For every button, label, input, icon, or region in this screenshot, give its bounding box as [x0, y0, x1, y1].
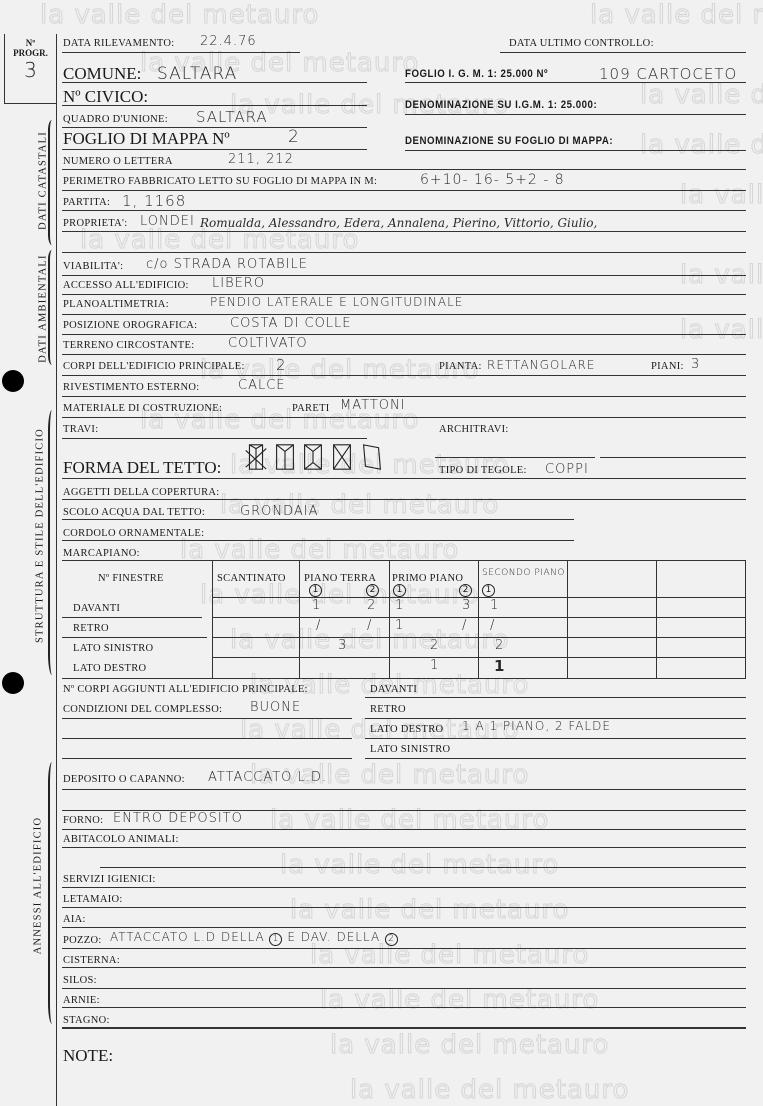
pianta-value[interactable]: RETTANGOLARE	[487, 358, 595, 372]
rule	[62, 718, 352, 719]
piani-label: PIANI:	[651, 361, 684, 372]
rule	[62, 354, 746, 355]
rule	[62, 375, 746, 376]
note-field[interactable]	[62, 1068, 746, 1104]
data-rilevamento-label: DATA RILEVAMENTO:	[63, 38, 175, 49]
rule	[62, 149, 367, 150]
stagno-label: STAGNO:	[63, 1015, 110, 1026]
watermark: la valle del metauro	[680, 180, 763, 210]
quadro-label: QUADRO D'UNIONE:	[63, 114, 168, 125]
rule	[62, 637, 207, 638]
rule	[62, 847, 746, 848]
comune-label: COMUNE:	[63, 64, 141, 84]
scantinato-header: SCANTINATO	[217, 573, 286, 584]
deposito-value[interactable]: ATTACCATO L.D.	[208, 770, 327, 785]
rule	[62, 519, 574, 520]
cell-davanti-sp1[interactable]: 1	[490, 598, 499, 613]
pareti-value[interactable]: MATTONI	[340, 398, 406, 413]
aia-label: AIA:	[63, 914, 86, 925]
watermark: la valle del metauro	[290, 895, 569, 925]
piano-terra-corpo-2: 2	[366, 584, 379, 597]
quadro-value[interactable]: SALTARA	[196, 108, 268, 126]
rule	[62, 334, 746, 335]
abitacolo-label: ABITACOLO ANIMALI:	[63, 834, 179, 845]
rule	[212, 617, 746, 618]
data-ultimo-controllo-label: DATA ULTIMO CONTROLLO:	[509, 38, 654, 49]
rule	[62, 52, 300, 53]
section-brace	[48, 250, 56, 365]
cell-retro-pt2[interactable]: /	[367, 618, 372, 633]
roof-shape-padiglione-icon[interactable]	[302, 443, 324, 471]
forma-tetto-label: FORMA DEL TETTO:	[63, 458, 221, 478]
rule	[62, 967, 746, 968]
rule	[62, 417, 746, 418]
secondo-piano-header: SECONDO PIANO	[482, 568, 565, 578]
denominazione-igm-label: DENOMINAZIONE SU I.G.M. 1: 25.000:	[405, 99, 597, 111]
section-label-catastali: DATI CATASTALI	[38, 126, 49, 236]
rule	[299, 560, 300, 678]
tipo-tegole-label: TIPO DI TEGOLE:	[439, 465, 527, 476]
cisterna-label: CISTERNA:	[63, 955, 120, 966]
rule	[212, 597, 746, 598]
foglio-mappa-label: FOGLIO DI MAPPA Nº	[63, 129, 230, 149]
finestre-header: Nº FINESTRE	[98, 573, 164, 584]
rule	[62, 948, 746, 949]
piano-terra-header: PIANO TERRA	[304, 573, 376, 584]
pareti-label: PARETI	[292, 403, 330, 414]
roof-shape-padiglione-crossed-icon[interactable]	[243, 443, 269, 471]
row-retro-label: RETRO	[73, 623, 109, 634]
tipo-tegole-value[interactable]: COPPI	[545, 462, 589, 477]
planoaltimetria-value[interactable]: PENDIO LATERALE E LONGITUDINALE	[210, 295, 463, 309]
materiale-label: MATERIALE DI COSTRUZIONE:	[63, 403, 222, 414]
rule	[62, 127, 367, 128]
proprieta-surname[interactable]: LONDEI	[140, 214, 195, 229]
roof-shape-capanna-icon[interactable]	[274, 443, 296, 471]
viabilita-value[interactable]: c/o STRADA ROTABILE	[146, 257, 308, 272]
corpi-aggiunti-label: Nº CORPI AGGIUNTI ALL'EDIFICIO PRINCIPAL…	[63, 684, 308, 695]
pozzo-value-b: E DAV. DELLA	[287, 930, 380, 944]
numero-value[interactable]: 211, 212	[228, 152, 294, 167]
binding-hole	[2, 370, 24, 392]
rule	[62, 275, 746, 276]
section-brace	[48, 410, 56, 675]
rule	[212, 637, 746, 638]
rule	[62, 1027, 746, 1029]
primo-piano-corpo-2: 2	[459, 584, 472, 597]
pozzo-value[interactable]: ATTACCATO L.D DELLA 1 E DAV. DELLA 2	[110, 930, 398, 946]
rule	[62, 829, 746, 830]
accesso-label: ACCESSO ALL'EDIFICIO:	[63, 280, 189, 291]
foglio-mappa-value[interactable]: 2	[288, 127, 300, 147]
cell-davanti-pt1[interactable]: 1	[312, 598, 321, 613]
primo-piano-corpo-1: 1	[393, 584, 406, 597]
progr-label: Nº PROGR.	[11, 38, 51, 58]
watermark: la valle del metauro	[280, 850, 559, 880]
watermark: la valle del metauro	[330, 1030, 609, 1060]
aggetti-label: AGGETTI DELLA COPERTURA:	[63, 487, 219, 498]
cell-retro-sp1[interactable]: /	[490, 618, 495, 633]
condizioni-value[interactable]: BUONE	[250, 700, 301, 715]
row-davanti-label: DAVANTI	[73, 603, 120, 614]
rule	[62, 789, 746, 790]
piano-terra-corpo-1: 1	[309, 584, 322, 597]
rule	[62, 1007, 746, 1008]
rule	[62, 478, 746, 479]
rule	[405, 150, 746, 151]
pozzo-value-a: ATTACCATO L.D DELLA	[110, 930, 265, 944]
section-label-ambientali: DATI AMBIENTALI	[38, 254, 49, 364]
cell-retro-pp1[interactable]: 1	[395, 618, 404, 633]
partita-label: PARTITA:	[63, 197, 110, 208]
travi-label: TRAVI:	[63, 424, 98, 435]
watermark: la valle del metauro	[590, 0, 763, 30]
rule	[62, 190, 746, 191]
lato-destro-label: LATO DESTRO	[370, 724, 443, 735]
architravi-label: ARCHITRAVI:	[439, 424, 509, 435]
proprieta-label: PROPRIETA':	[63, 218, 127, 229]
watermark: la valle del metauro	[320, 985, 599, 1015]
corpi-label: CORPI DELL'EDIFICIO PRINCIPALE:	[63, 361, 245, 372]
rule	[62, 758, 352, 759]
primo-piano-header: PRIMO PIANO	[392, 573, 463, 584]
roof-shape-quattro-falde-icon[interactable]	[331, 443, 353, 471]
section-brace	[48, 120, 56, 245]
denominazione-mappa-label: DENOMINAZIONE SU FOGLIO DI MAPPA:	[405, 135, 613, 147]
section-label-annessi: ANNESSI ALL'EDIFICIO	[33, 816, 44, 956]
rule	[62, 210, 746, 211]
rule	[212, 560, 213, 678]
silos-label: SILOS:	[63, 975, 97, 986]
condizioni-label: CONDIZIONI DEL COMPLESSO:	[63, 704, 222, 715]
rule	[62, 438, 367, 439]
arnie-label: ARNIE:	[63, 995, 100, 1006]
row-lato-destro-label: LATO DESTRO	[73, 663, 146, 674]
cell-davanti-pp1[interactable]: 1	[395, 598, 404, 613]
marcapiano-label: MARCAPIANO:	[63, 548, 140, 559]
section-label-struttura: STRUTTURA E STILE DELL'EDIFICIO	[35, 416, 46, 656]
perimetro-label: PERIMETRO FABBRICATO LETTO SU FOGLIO DI …	[63, 176, 377, 187]
section-brace	[48, 762, 56, 1024]
scolo-label: SCOLO ACQUA DAL TETTO:	[63, 507, 205, 518]
rule	[745, 560, 746, 678]
cell-lato-sinistro-pt1[interactable]: 3	[338, 638, 347, 653]
rule	[62, 82, 367, 83]
viabilita-label: VIABILITA':	[63, 261, 123, 272]
rule	[62, 887, 746, 888]
cell-retro-pt1[interactable]: /	[316, 618, 321, 633]
letamaio-label: LETAMAIO:	[63, 894, 123, 905]
piani-value[interactable]: 3	[691, 357, 700, 372]
rule	[435, 457, 595, 458]
rule	[62, 738, 352, 739]
row-lato-sinistro-label: LATO SINISTRO	[73, 643, 153, 654]
planoaltimetria-label: PLANOALTIMETRIA:	[63, 299, 169, 310]
roof-shape-una-falda-icon[interactable]	[361, 443, 383, 471]
rule	[405, 114, 746, 115]
cell-lato-sinistro-pp1[interactable]: 2	[430, 638, 439, 653]
lato-destro-value[interactable]: 1 A 1 PIANO, 2 FALDE	[462, 719, 611, 733]
rule	[62, 988, 746, 989]
pozzo-label: POZZO:	[63, 935, 102, 946]
rule	[600, 457, 746, 458]
rule	[62, 499, 746, 500]
foglio-igm-value[interactable]: 109 CARTOCETO	[599, 65, 737, 83]
rule	[62, 231, 746, 232]
terreno-value[interactable]: COLTIVATO	[228, 336, 308, 351]
rule	[656, 560, 657, 678]
rule	[389, 560, 390, 678]
note-label: NOTE:	[63, 1046, 113, 1066]
watermark: la valle del metauro	[200, 580, 479, 610]
rule	[500, 52, 746, 53]
posizione-value[interactable]: COSTA DI COLLE	[230, 316, 352, 331]
pianta-label: PIANTA:	[439, 361, 482, 372]
pozzo-ref-2: 2	[385, 933, 398, 946]
rule	[212, 657, 746, 658]
comune-value[interactable]: SALTARA	[157, 64, 237, 84]
retro-label: RETRO	[370, 704, 406, 715]
rule	[365, 758, 746, 759]
rule	[62, 560, 746, 561]
rule	[62, 907, 746, 908]
rule	[62, 314, 746, 315]
rule	[365, 697, 746, 698]
civico-label: Nº CIVICO:	[63, 87, 148, 107]
posizione-label: POSIZIONE OROGRAFICA:	[63, 320, 197, 331]
rule	[405, 82, 746, 83]
deposito-label: DEPOSITO o CAPANNO:	[63, 774, 185, 785]
rule	[62, 105, 367, 106]
corpi-value[interactable]: 2	[276, 356, 287, 374]
forno-value[interactable]: ENTRO DEPOSITO	[113, 811, 243, 826]
proprieta-names[interactable]: Romualda, Alessandro, Edera, Annalena, P…	[200, 216, 597, 230]
cell-lato-sinistro-sp1[interactable]: 2	[495, 638, 504, 653]
rule	[567, 560, 568, 678]
binding-hole	[2, 672, 24, 694]
survey-form: la valle del metauro la valle del metaur…	[0, 0, 763, 1106]
numero-label: NUMERO o LETTERA	[63, 156, 173, 167]
rule	[62, 678, 746, 679]
watermark: la valle del metauro	[680, 315, 763, 345]
watermark: la valle del metauro	[40, 0, 319, 30]
davanti-label: DAVANTI	[370, 684, 417, 695]
accesso-value[interactable]: LIBERO	[212, 276, 265, 291]
servizi-label: SERVIZI IGIENICI:	[63, 874, 156, 885]
scolo-value[interactable]: GRONDAIA	[240, 504, 318, 519]
watermark: la valle del metauro	[640, 130, 763, 160]
rule	[62, 169, 746, 170]
rule	[62, 927, 746, 928]
cell-lato-destro-sp1[interactable]: 1	[494, 657, 505, 675]
rule	[100, 867, 746, 868]
margin-rule	[56, 34, 57, 1106]
rivestimento-value[interactable]: CALCE	[238, 378, 286, 393]
cordolo-label: CORDOLO ORNAMENTALE:	[63, 528, 204, 539]
rule	[365, 738, 746, 739]
terreno-label: TERRENO CIRCOSTANTE:	[63, 340, 194, 351]
rule	[62, 396, 746, 397]
cell-retro-pp2[interactable]: /	[462, 618, 467, 633]
perimetro-value[interactable]: 6+10- 16- 5+2 - 8	[420, 172, 565, 188]
rivestimento-label: RIVESTIMENTO ESTERNO:	[63, 382, 199, 393]
cell-davanti-pp2[interactable]: 3	[462, 598, 471, 613]
progr-box: Nº PROGR. 3	[4, 34, 56, 104]
pozzo-ref-1: 1	[269, 933, 282, 946]
cell-davanti-pt2[interactable]: 2	[367, 598, 376, 613]
rule	[478, 560, 479, 678]
rule	[62, 540, 574, 541]
cell-lato-destro-pp1[interactable]: 1	[430, 658, 439, 673]
foglio-igm-label: FOGLIO I. G. M. 1: 25.000 Nº	[405, 68, 548, 80]
partita-value[interactable]: 1, 1168	[122, 192, 186, 210]
forno-label: FORNO:	[63, 815, 103, 826]
progr-value[interactable]: 3	[5, 58, 56, 82]
lato-sinistro-label: LATO SINISTRO	[370, 744, 450, 755]
watermark: la valle del metauro	[640, 80, 763, 110]
rule	[62, 617, 202, 618]
rule	[62, 252, 746, 253]
data-rilevamento-value[interactable]: 22.4.76	[200, 34, 257, 49]
secondo-piano-corpo-1: 1	[482, 584, 495, 597]
